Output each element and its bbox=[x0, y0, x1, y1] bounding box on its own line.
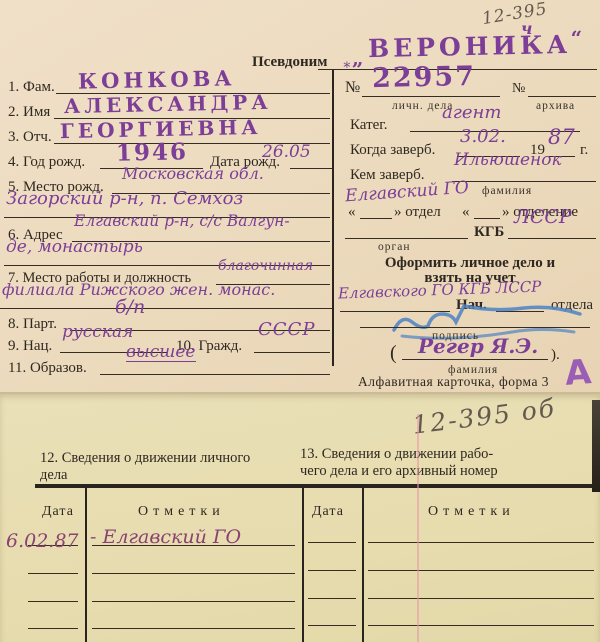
surname-label: 1. Фам. bbox=[8, 79, 55, 96]
scan-fold-line bbox=[417, 414, 419, 642]
form-caption: Алфавитная карточка, форма 3 bbox=[358, 374, 549, 390]
row3-date-line bbox=[28, 601, 78, 602]
section12-line1: 12. Сведения о движении личного bbox=[40, 450, 250, 467]
archive-pencil-note-back: 12-395 об bbox=[411, 395, 557, 437]
section-open-quote: « bbox=[462, 204, 470, 221]
birth-date-value: 26.05 bbox=[262, 144, 311, 161]
pseudonym-label: Псевдоним bbox=[252, 54, 327, 71]
row1-date2-line bbox=[308, 542, 356, 543]
address-value2: де, монастырь bbox=[6, 239, 143, 256]
signature-line bbox=[360, 312, 590, 328]
dept-label: » отдел bbox=[394, 204, 441, 221]
kgb-blank-line bbox=[345, 223, 468, 239]
birth-year-value: 1946 bbox=[116, 140, 188, 165]
recruited-when-value: 3.02. bbox=[460, 128, 506, 146]
nationality-label: 9. Нац. bbox=[8, 338, 52, 355]
signed-name-value: Регер Я.Э. bbox=[418, 336, 538, 356]
row3-date2-line bbox=[308, 598, 356, 599]
insert-mark: ∗ bbox=[342, 58, 352, 72]
section-blank-line bbox=[474, 203, 500, 219]
row4-notes-line bbox=[92, 628, 295, 629]
scan-edge-shadow bbox=[592, 400, 600, 492]
pseudonym-value: „ ВЕРОНИКА “ bbox=[352, 34, 586, 59]
archive-no-line bbox=[528, 80, 596, 97]
file-no-label: № bbox=[345, 79, 360, 97]
table-top-rule bbox=[35, 484, 600, 488]
party-label: 8. Парт. bbox=[8, 316, 57, 333]
section13-line1: 13. Сведения о движении рабо- bbox=[300, 446, 493, 463]
row4-date-line bbox=[28, 628, 78, 629]
patronymic-value: ГЕОРГИЕВНА bbox=[60, 117, 262, 141]
kgb-value: ЛССР bbox=[514, 208, 572, 227]
patronymic-label: 3. Отч. bbox=[8, 129, 52, 146]
kgb-label: КГБ bbox=[474, 224, 504, 241]
row2-date-line bbox=[28, 573, 78, 574]
column-divider bbox=[332, 70, 334, 366]
signed-name-close-paren: ). bbox=[551, 347, 560, 364]
birth-year-label: 4. Год рожд. bbox=[8, 154, 85, 171]
col2-header: Отметки bbox=[138, 504, 225, 520]
row3-notes2-line bbox=[368, 598, 594, 599]
birth-place-value2: Загорский р-н, п. Семхоз bbox=[6, 190, 243, 208]
col1-header: Дата bbox=[42, 504, 74, 520]
row2-notes-line bbox=[92, 573, 295, 574]
table-divider-2 bbox=[302, 488, 304, 642]
education-label: 11. Образов. bbox=[8, 360, 87, 377]
nationality-value: русская bbox=[62, 324, 133, 341]
row4-date2-line bbox=[308, 625, 356, 626]
archive-no-label: № bbox=[512, 81, 525, 97]
scanned-index-card-page: 12-395 ч Псевдоним ∗ „ ВЕРОНИКА “ 1. Фам… bbox=[0, 0, 600, 642]
archive-no-sublabel: архива bbox=[536, 100, 575, 112]
education-value: высшее bbox=[126, 344, 196, 362]
signed-name-open-paren: ( bbox=[390, 342, 397, 365]
year-hand: 87 bbox=[548, 127, 575, 148]
recruited-by-value: Ильюшенок bbox=[454, 152, 562, 169]
archive-pencil-note: 12-395 bbox=[481, 1, 549, 28]
entry-date: 6.02.87 bbox=[6, 532, 79, 551]
section13-line2: чего дела и его архивный номер bbox=[300, 463, 498, 480]
dept-open-quote: « bbox=[348, 204, 356, 221]
surname-value: КОНКОВА bbox=[78, 67, 236, 91]
row4-notes2-line bbox=[368, 625, 594, 626]
section12-line2: дела bbox=[40, 467, 68, 484]
category-value: агент bbox=[442, 104, 501, 122]
alphabet-card-back: 12-395 об 12. Сведения о движении личног… bbox=[0, 392, 600, 642]
alphabet-card-front: 12-395 ч Псевдоним ∗ „ ВЕРОНИКА “ 1. Фам… bbox=[0, 0, 600, 392]
table-divider-3 bbox=[362, 488, 364, 642]
letter-a-stamp: А bbox=[564, 355, 593, 391]
work-value: благочинная bbox=[218, 259, 313, 273]
recruited-by-sublabel: фамилия bbox=[482, 185, 532, 197]
citizenship-value: СССР bbox=[258, 321, 315, 339]
firstname-value: АЛЕКСАНДРА bbox=[64, 92, 272, 116]
row2-date2-line bbox=[308, 570, 356, 571]
file-no-value: 22957 bbox=[372, 63, 476, 92]
pseudonym-text: ВЕРОНИКА bbox=[367, 32, 571, 61]
row2-notes2-line bbox=[368, 570, 594, 571]
open-quote: „ bbox=[352, 48, 368, 68]
category-label: Катег. bbox=[350, 117, 388, 134]
year-suffix: г. bbox=[580, 142, 588, 159]
organ-sublabel: орган bbox=[378, 241, 410, 253]
address-value: Елгавский р-н, с/с Валгун- bbox=[74, 214, 290, 230]
dept-blank-line bbox=[360, 203, 392, 219]
recruited-when-label: Когда заверб. bbox=[350, 142, 435, 159]
entry-text: - Елгавский ГО bbox=[90, 528, 241, 547]
row1-notes2-line bbox=[368, 542, 594, 543]
firstname-label: 2. Имя bbox=[8, 104, 50, 121]
row3-notes-line bbox=[92, 601, 295, 602]
close-quote: “ bbox=[571, 28, 587, 48]
col4-header: Отметки bbox=[428, 504, 515, 520]
table-divider-1 bbox=[85, 488, 87, 642]
birth-place-value: Московская обл. bbox=[122, 166, 264, 182]
col3-header: Дата bbox=[312, 504, 344, 520]
party-value: б/п bbox=[115, 298, 145, 317]
